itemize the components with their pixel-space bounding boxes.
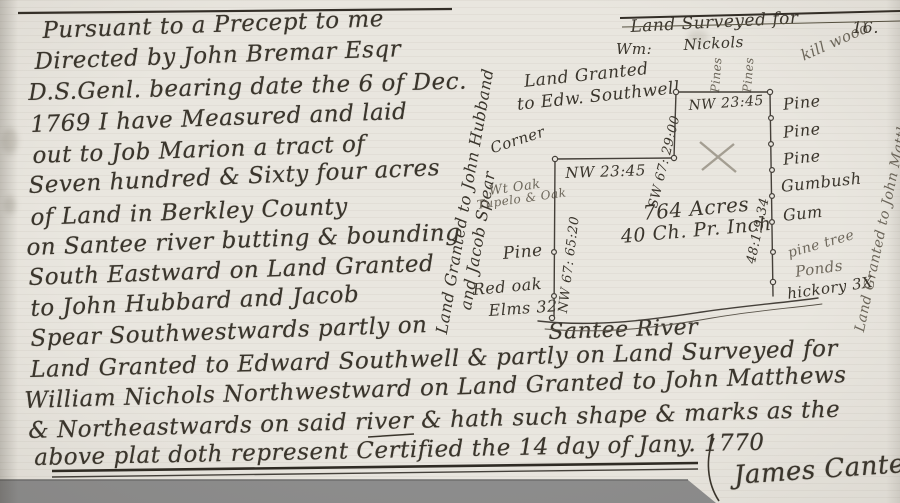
plat-title: Wm: (616, 40, 652, 58)
bearing-label: NW 67: 65:20 (556, 215, 583, 313)
bearing-label: NW 23:45 (565, 161, 646, 182)
bearing-label: SW 67: 29:00 (646, 114, 684, 210)
plat-title: Land Surveyed for (630, 8, 799, 37)
tree-mark: Elms 32 (488, 296, 558, 320)
tree-mark: Red oak (472, 274, 543, 299)
tree-mark: Pine (782, 146, 821, 169)
tree-mark: Pines (740, 57, 756, 93)
river-label: Santee River (548, 315, 699, 345)
tree-mark: Pine (782, 119, 821, 142)
tree-mark: Gumbush (780, 169, 862, 196)
scanned-survey-document: Pursuant to a Precept to me Directed by … (0, 0, 900, 503)
tree-mark: Pine (502, 241, 543, 264)
margin-note-matthews: Land Granted to John Matthews (852, 93, 900, 334)
page-number: 16. (852, 18, 879, 37)
ink-smudge (4, 196, 16, 214)
tree-mark: Pines (708, 57, 724, 93)
tree-mark: pine tree (786, 227, 856, 261)
bearing-label: NW 23:45 (688, 93, 764, 114)
corner-label: Corner (488, 123, 547, 158)
ink-smudge (2, 128, 18, 154)
tree-mark: Gum (782, 202, 824, 225)
plat-title: Nickols (683, 33, 744, 54)
tree-mark: Pine (782, 91, 821, 114)
